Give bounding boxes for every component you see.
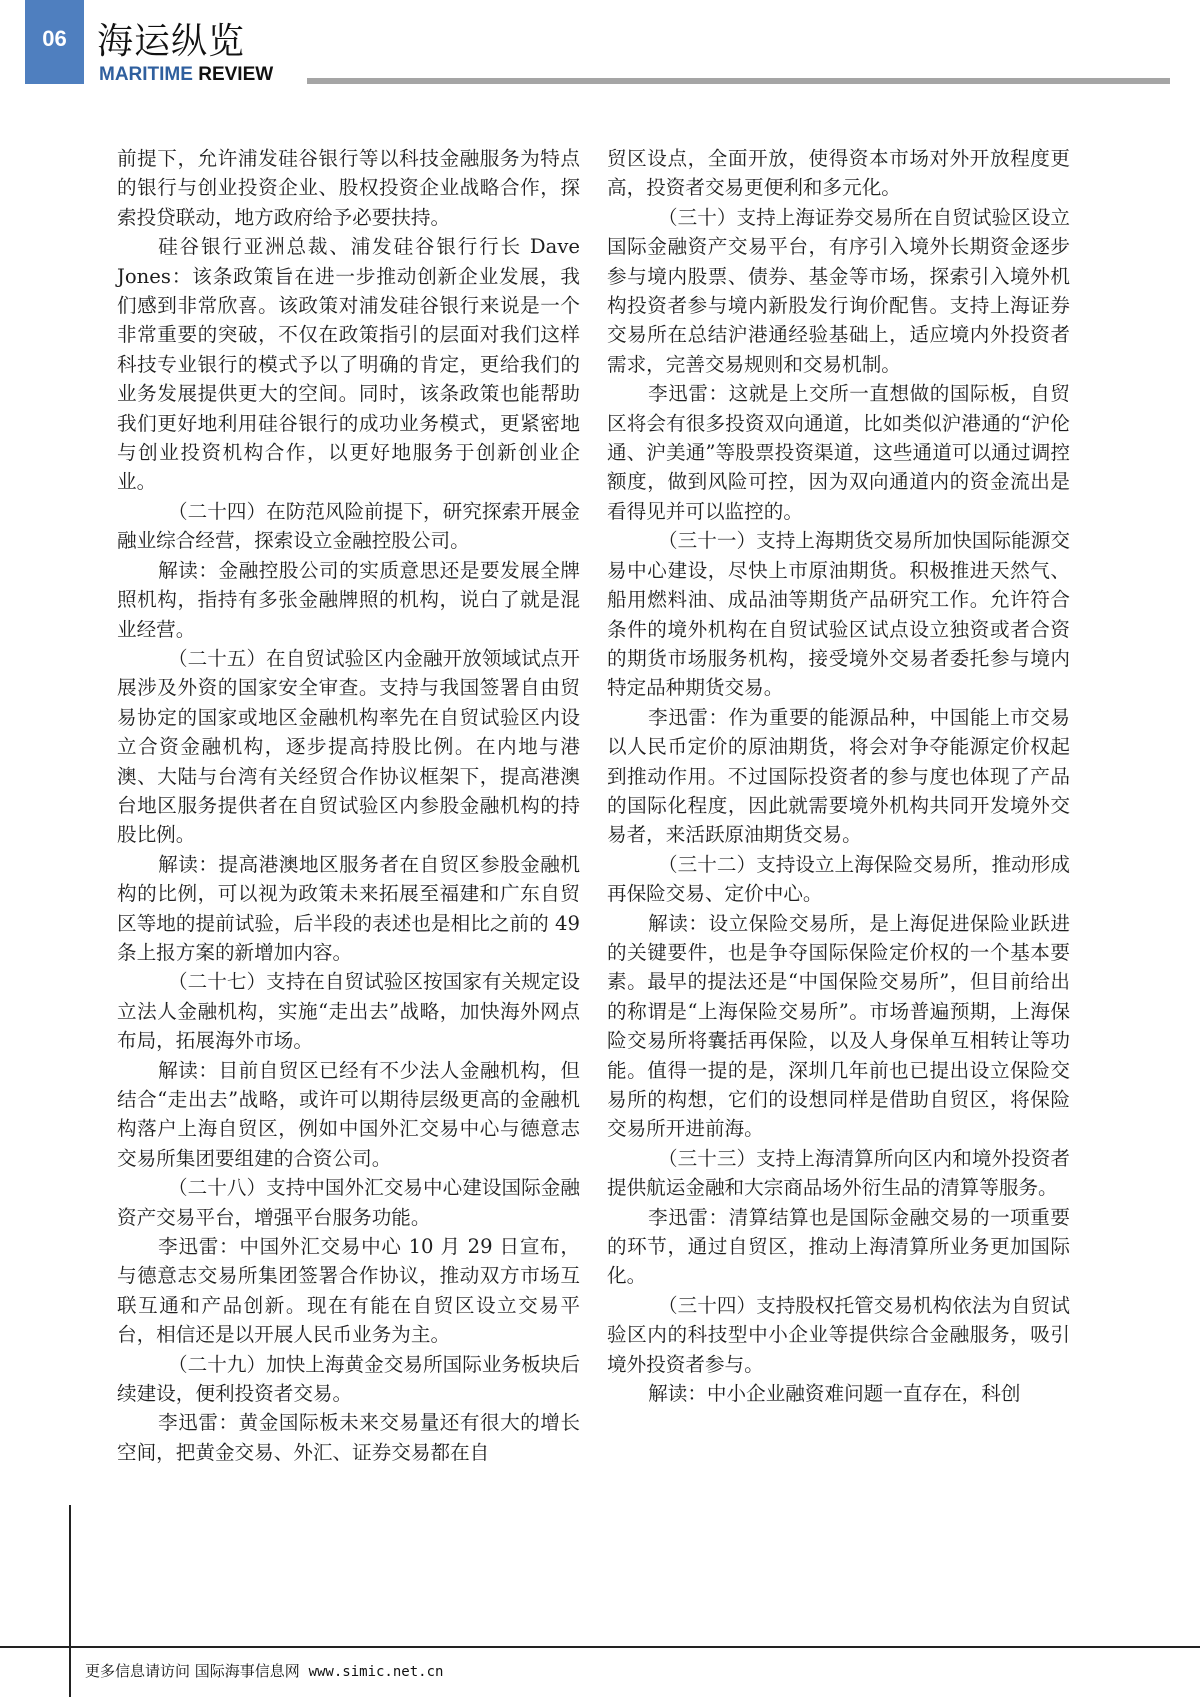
section-paragraph: （三十一）支持上海期货交易所加快国际能源交易中心建设，尽快上市原油期货。积极推进… xyxy=(607,526,1070,702)
section-paragraph: （二十八）支持中国外汇交易中心建设国际金融资产交易平台，增强平台服务功能。 xyxy=(117,1173,580,1232)
paragraph: 解读：提高港澳地区服务者在自贸区参股金融机构的比例，可以视为政策未来拓展至福建和… xyxy=(117,850,580,968)
magazine-title: 海运纵览 xyxy=(97,22,245,62)
footer-horizontal-rule xyxy=(0,1646,1200,1648)
section-paragraph: （二十五）在自贸试验区内金融开放领域试点开展涉及外资的国家安全审查。支持与我国签… xyxy=(117,644,580,850)
paragraph: 李迅雷：中国外汇交易中心 10 月 29 日宣布，与德意志交易所集团签署合作协议… xyxy=(117,1232,580,1350)
footer: 更多信息请访问 国际海事信息网 www.simic.net.cn xyxy=(85,1660,443,1681)
paragraph: 硅谷银行亚洲总裁、浦发硅谷银行行长 Dave Jones：该条政策旨在进一步推动… xyxy=(117,232,580,497)
paragraph: 贸区设点，全面开放，使得资本市场对外开放程度更高，投资者交易更便利和多元化。 xyxy=(607,144,1070,203)
section-paragraph: （三十四）支持股权托管交易机构依法为自贸试验区内的科技型中小企业等提供综合金融服… xyxy=(607,1291,1070,1379)
section-paragraph: （二十四）在防范风险前提下，研究探索开展金融业综合经营，探索设立金融控股公司。 xyxy=(117,497,580,556)
page-number: 06 xyxy=(25,26,84,52)
paragraph: 李迅雷：这就是上交所一直想做的国际板，自贸区将会有很多投资双向通道，比如类似沪港… xyxy=(607,379,1070,526)
section-paragraph: （三十）支持上海证券交易所在自贸试验区设立国际金融资产交易平台，有序引入境外长期… xyxy=(607,203,1070,379)
paragraph: 解读：中小企业融资难问题一直存在，科创 xyxy=(607,1379,1070,1408)
paragraph: 李迅雷：清算结算也是国际金融交易的一项重要的环节，通过自贸区，推动上海清算所业务… xyxy=(607,1203,1070,1291)
left-column: 前提下，允许浦发硅谷银行等以科技金融服务为特点的银行与创业投资企业、股权投资企业… xyxy=(117,144,580,1467)
paragraph: 李迅雷：黄金国际板未来交易量还有很大的增长空间，把黄金交易、外汇、证券交易都在自 xyxy=(117,1408,580,1467)
paragraph: 解读：目前自贸区已经有不少法人金融机构，但结合“走出去”战略，或许可以期待层级更… xyxy=(117,1056,580,1174)
section-paragraph: （三十三）支持上海清算所向区内和境外投资者提供航运金融和大宗商品场外衍生品的清算… xyxy=(607,1144,1070,1203)
footer-url-link[interactable]: www.simic.net.cn xyxy=(309,1664,444,1680)
subtitle-maritime: MARITIME xyxy=(99,64,193,85)
paragraph: 前提下，允许浦发硅谷银行等以科技金融服务为特点的银行与创业投资企业、股权投资企业… xyxy=(117,144,580,232)
header-divider xyxy=(307,78,1170,84)
subtitle-review: REVIEW xyxy=(198,64,273,85)
section-paragraph: （二十七）支持在自贸试验区按国家有关规定设立法人金融机构，实施“走出去”战略，加… xyxy=(117,967,580,1055)
footer-label: 更多信息请访问 国际海事信息网 xyxy=(85,1662,300,1680)
paragraph: 解读：设立保险交易所，是上海促进保险业跃进的关键要件，也是争夺国际保险定价权的一… xyxy=(607,909,1070,1144)
section-paragraph: （二十九）加快上海黄金交易所国际业务板块后续建设，便利投资者交易。 xyxy=(117,1350,580,1409)
page-number-badge: 06 xyxy=(25,0,84,84)
paragraph: 解读：金融控股公司的实质意思还是要发展全牌照机构，指持有多张金融牌照的机构，说白… xyxy=(117,556,580,644)
section-paragraph: （三十二）支持设立上海保险交易所，推动形成再保险交易、定价中心。 xyxy=(607,850,1070,909)
footer-vertical-rule xyxy=(69,1505,71,1697)
right-column: 贸区设点，全面开放，使得资本市场对外开放程度更高，投资者交易更便利和多元化。 （… xyxy=(607,144,1070,1408)
magazine-subtitle: MARITIME REVIEW xyxy=(99,64,273,86)
paragraph: 李迅雷：作为重要的能源品种，中国能上市交易以人民币定价的原油期货，将会对争夺能源… xyxy=(607,703,1070,850)
